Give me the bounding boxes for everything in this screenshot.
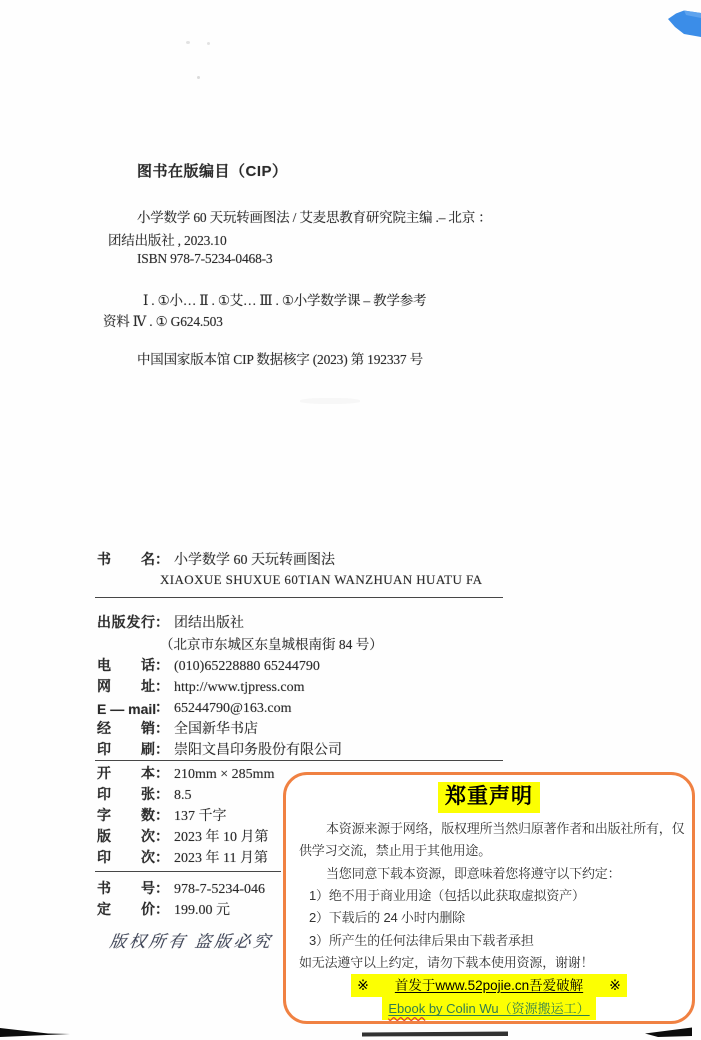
row-colon: ： <box>155 828 169 844</box>
divider-rule <box>95 760 503 761</box>
row-colon: ： <box>155 741 169 757</box>
row-label: 电 话 <box>97 655 155 675</box>
disclaimer-line: 供学习交流，禁止用于其他用途。 <box>299 840 679 862</box>
website-url-text: http://www.tjpress.com <box>174 680 305 695</box>
row-colon: ： <box>155 551 169 567</box>
row-colon: ： <box>155 807 169 823</box>
row-value: 137 千字 <box>174 809 227 824</box>
distributor-row: 经 销：全国新华书店 <box>97 718 258 738</box>
row-value: 小学数学 60 天玩转画图法 <box>174 553 335 568</box>
row-colon: ： <box>155 678 169 694</box>
row-colon: ： <box>155 786 169 802</box>
email-text: 65244790@163.com <box>174 701 292 716</box>
copyright-notice: 版权所有 盗版必究 <box>108 928 274 952</box>
disclaimer-line: 如无法遵守以上约定，请勿下载本使用资源，谢谢！ <box>299 952 679 974</box>
scan-speck <box>197 76 200 79</box>
credit-rest-text: by Colin Wu（资源搬运工） <box>425 1001 589 1016</box>
row-value: 978-7-5234-046 <box>174 882 265 897</box>
row-colon: ： <box>155 880 169 896</box>
credit-ebook-word: Ebook <box>388 1001 425 1016</box>
row-label: 印 刷 <box>97 739 155 759</box>
isbn-row: 书 号：978-7-5234-046 <box>97 878 265 898</box>
row-colon: ： <box>155 765 169 781</box>
publisher-row: 出版发行：团结出版社 <box>97 612 244 632</box>
source-highlight: ※首发于www.52pojie.cn吾爱破解※ <box>351 974 627 997</box>
cip-classification-line: Ⅰ . ①小… Ⅱ . ①艾… Ⅲ . ①小学数学课 – 教学参考 <box>103 289 603 309</box>
reference-mark-icon: ※ <box>357 974 369 997</box>
source-site-text: 首发于www.52pojie.cn吾爱破解 <box>395 978 583 993</box>
row-label: 版 次 <box>97 826 155 846</box>
cip-record-number-line: 中国国家版本馆 CIP 数据核字 (2023) 第 192337 号 <box>103 348 597 368</box>
blue-corner-scan-mark-icon <box>660 5 701 45</box>
scan-speck <box>186 41 190 44</box>
divider-rule <box>95 597 503 598</box>
row-value: 210mm × 285mm <box>174 767 274 782</box>
row-colon: ： <box>155 699 169 715</box>
row-value: 199.00 元 <box>174 903 230 918</box>
sheets-row: 印 张：8.5 <box>97 784 192 804</box>
row-colon: ： <box>155 657 169 673</box>
row-colon: ： <box>155 849 169 865</box>
reference-mark-icon: ※ <box>609 974 621 997</box>
website-row: 网 址：http://www.tjpress.com <box>97 676 305 696</box>
cip-isbn-line: ISBN 978-7-5234-0468-3 <box>103 251 597 267</box>
disclaimer-title-wrap: 郑重声明 <box>299 782 679 813</box>
row-colon: ： <box>155 720 169 736</box>
row-label: 字 数 <box>97 805 155 825</box>
credit-line-row: Ebook by Colin Wu（资源搬运工） <box>299 997 679 1020</box>
scanned-copyright-page: 图书在版编目（CIP） 小学数学 60 天玩转画图法 / 艾麦思教育研究院主编 … <box>0 0 701 1040</box>
disclaimer-title: 郑重声明 <box>438 782 540 813</box>
scan-edge-artifacts <box>0 1024 701 1040</box>
disclaimer-line: 本资源来源于网络，版权理所当然归原著作者和出版社所有，仅 <box>299 818 679 840</box>
cip-line: 小学数学 60 天玩转画图法 / 艾麦思教育研究院主编 .– 北京 ： <box>103 206 597 226</box>
row-value: 2023 年 11 月第 <box>174 851 268 866</box>
printing-row: 印 次：2023 年 11 月第 <box>97 847 268 867</box>
row-value: 团结出版社 <box>174 616 244 631</box>
row-value: 8.5 <box>174 788 192 803</box>
scan-speck <box>207 42 210 45</box>
divider-rule-short <box>95 871 281 872</box>
phone-row: 电 话：(010)65228880 65244790 <box>97 655 320 675</box>
row-value: 全国新华书店 <box>174 722 258 737</box>
book-title-pinyin: XIAOXUE SHUXUE 60TIAN WANZHUAN HUATU FA <box>160 572 482 588</box>
disclaimer-rule-1: 1）绝不用于商业用途（包括以此获取虚拟资产） <box>299 885 679 907</box>
row-value: 2023 年 10 月第 <box>174 830 269 845</box>
scan-speck <box>300 398 360 404</box>
format-row: 开 本：210mm × 285mm <box>97 763 274 783</box>
wordcount-row: 字 数：137 千字 <box>97 805 227 825</box>
row-label: 开 本 <box>97 763 155 783</box>
cip-heading: 图书在版编目（CIP） <box>103 160 597 181</box>
row-label: E — mail <box>97 701 155 717</box>
row-value: 崇阳文昌印务股份有限公司 <box>174 743 342 758</box>
row-label: 书 号 <box>97 878 155 898</box>
disclaimer-box: 郑重声明 本资源来源于网络，版权理所当然归原著作者和出版社所有，仅 供学习交流，… <box>283 772 695 1024</box>
row-label: 出版发行 <box>97 612 155 632</box>
edition-row: 版 次：2023 年 10 月第 <box>97 826 269 846</box>
row-label: 网 址 <box>97 676 155 696</box>
row-label: 经 销 <box>97 718 155 738</box>
cip-line: 团结出版社 , 2023.10 <box>103 229 568 249</box>
row-label: 定 价 <box>97 899 155 919</box>
disclaimer-rule-3: 3）所产生的任何法律后果由下载者承担 <box>299 930 679 952</box>
row-label: 印 次 <box>97 847 155 867</box>
price-row: 定 价：199.00 元 <box>97 899 230 919</box>
book-title-row: 书 名：小学数学 60 天玩转画图法 <box>97 549 335 569</box>
row-value: (010)65228880 65244790 <box>174 659 320 674</box>
email-row: E — mail：65244790@163.com <box>97 697 292 717</box>
credit-highlight: Ebook by Colin Wu（资源搬运工） <box>382 997 595 1020</box>
printer-row: 印 刷：崇阳文昌印务股份有限公司 <box>97 739 342 759</box>
disclaimer-rule-2: 2）下载后的 24 小时内删除 <box>299 907 679 929</box>
row-label: 书 名 <box>97 549 155 569</box>
row-colon: ： <box>155 901 169 917</box>
cip-classification-line: 资料 Ⅳ . ① G624.503 <box>103 310 563 330</box>
publisher-address: （北京市东城区东皇城根南街 84 号） <box>160 633 383 653</box>
row-label: 印 张 <box>97 784 155 804</box>
disclaimer-line: 当您同意下载本资源，即意味着您将遵守以下约定： <box>299 863 679 885</box>
source-line-row: ※首发于www.52pojie.cn吾爱破解※ <box>299 974 679 997</box>
disclaimer-body: 本资源来源于网络，版权理所当然归原著作者和出版社所有，仅 供学习交流，禁止用于其… <box>299 818 679 974</box>
row-colon: ： <box>155 614 169 630</box>
